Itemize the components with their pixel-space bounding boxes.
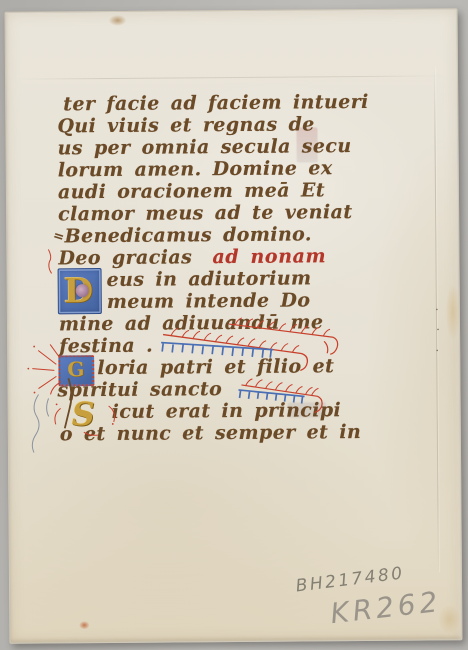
illuminated-initial-d: D xyxy=(58,268,102,314)
text-line: loria patri et filio et xyxy=(97,355,334,379)
initial-g-letter: G xyxy=(67,357,84,382)
vertical-crease xyxy=(434,67,439,572)
stain-bottom-left xyxy=(79,621,89,629)
text-line: meum intende Do xyxy=(107,289,311,313)
text-line: clamor meus ad te veniat xyxy=(58,201,353,225)
text-line: mine ad adiuuandū me xyxy=(59,311,324,335)
text-line: icut erat in principi xyxy=(112,399,342,423)
illuminated-initial-s: S xyxy=(64,397,110,433)
stain-right-edge xyxy=(446,284,460,339)
text-line: ter facie ad faciem intueri xyxy=(63,91,369,115)
stain-top-edge xyxy=(109,15,127,26)
illuminated-initial-g: G xyxy=(58,355,94,386)
text-line: Deo gracias xyxy=(58,246,192,269)
rubric-ad-nonam: ad nonam xyxy=(212,245,326,268)
horizontal-crease xyxy=(20,75,445,79)
pencil-shelf-mark: KR262 xyxy=(329,586,443,630)
text-line: eus in adiutorium xyxy=(107,267,312,291)
initial-s-letter: S xyxy=(72,397,95,431)
manuscript-leaf: ter facie ad faciem intueri Qui viuis et… xyxy=(5,8,463,644)
text-line: lorum amen. Domine ex xyxy=(58,157,333,181)
photo-background: ter facie ad faciem intueri Qui viuis et… xyxy=(0,0,468,650)
text-line: festina . xyxy=(59,335,153,358)
text-line: Qui viuis et regnas de xyxy=(57,113,314,137)
text-line: us per omnia secula secu xyxy=(58,135,352,159)
text-block: ter facie ad faciem intueri Qui viuis et… xyxy=(6,9,457,13)
text-line: audi oracionem meā Et xyxy=(58,179,325,203)
initial-d-purple-counter xyxy=(76,284,89,297)
